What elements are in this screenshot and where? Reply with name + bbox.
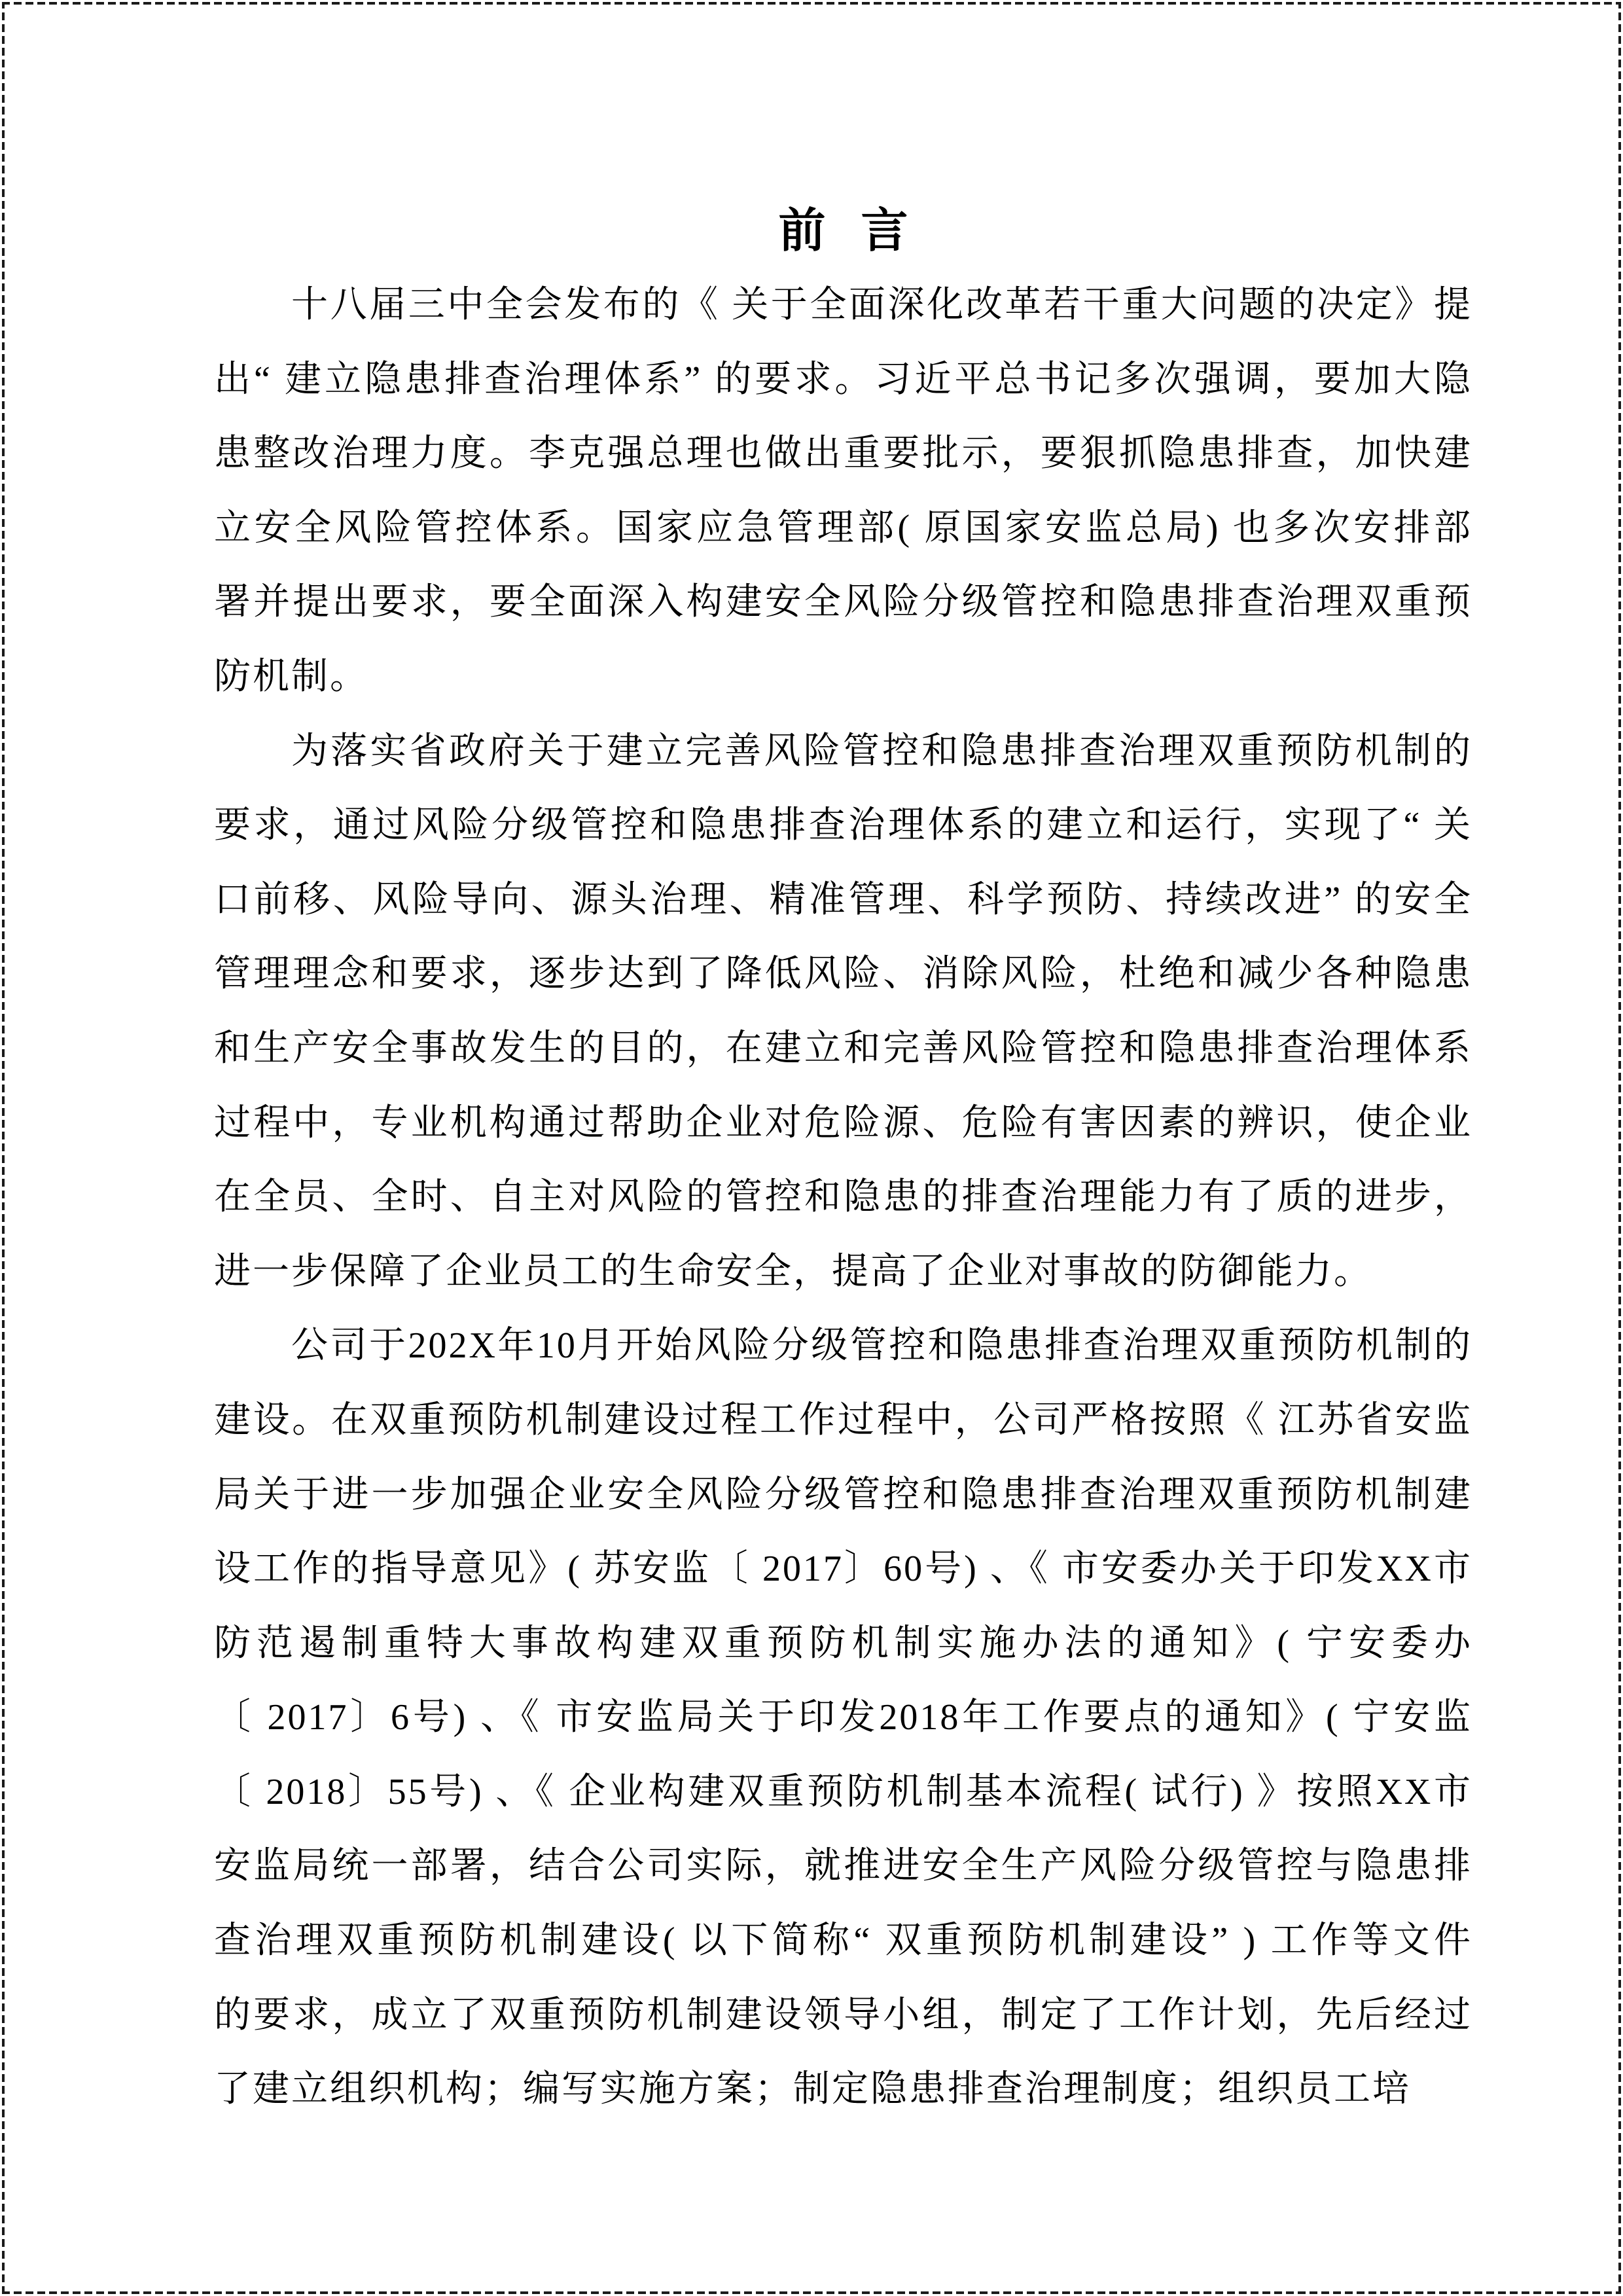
text-line: 防机制。 <box>214 640 1472 715</box>
page-border-top <box>2 2 1621 5</box>
text-line: 十八届三中全会发布的《 关于全面深化改革若干重大问题的决定》提 <box>214 268 1472 343</box>
text-line: 安监局统一部署，结合公司实际，就推进安全生产风险分级管控与隐患排 <box>214 1829 1472 1904</box>
page-title: 前 言 <box>214 194 1472 268</box>
text-line: 署并提出要求，要全面深入构建安全风险分级管控和隐患排查治理双重预 <box>214 565 1472 640</box>
text-line: 〔 2018〕55号) 、《 企业构建双重预防机制基本流程( 试行) 》按照XX… <box>214 1755 1472 1830</box>
text-line: 为落实省政府关于建立完善风险管控和隐患排查治理双重预防机制的 <box>214 715 1472 789</box>
text-line: 公司于202X年10月开始风险分级管控和隐患排查治理双重预防机制的 <box>214 1309 1472 1384</box>
text-line: 过程中，专业机构通过帮助企业对危险源、危险有害因素的辨识，使企业 <box>214 1086 1472 1161</box>
text-line: 立安全风险管控体系。国家应急管理部( 原国家安监总局) 也多次安排部 <box>214 492 1472 566</box>
document-content: 前 言 十八届三中全会发布的《 关于全面深化改革若干重大问题的决定》提出“ 建立… <box>214 194 1472 2127</box>
text-line: 设工作的指导意见》( 苏安监〔 2017〕60号) 、《 市安委办关于印发XX市 <box>214 1532 1472 1607</box>
text-line: 建设。在双重预防机制建设过程工作过程中，公司严格按照《 江苏省安监 <box>214 1384 1472 1458</box>
document-page: { "page": { "background": "#ffffff", "bo… <box>0 0 1623 2296</box>
page-border-right <box>1618 2 1621 2294</box>
text-line: 口前移、风险导向、源头治理、精准管理、科学预防、持续改进” 的安全 <box>214 863 1472 938</box>
text-line: 出“ 建立隐患排查治理体系” 的要求。习近平总书记多次强调，要加大隐 <box>214 343 1472 418</box>
page-border-left <box>2 2 5 2294</box>
text-line: 和生产安全事故发生的目的，在建立和完善风险管控和隐患排查治理体系 <box>214 1012 1472 1086</box>
document-body: 十八届三中全会发布的《 关于全面深化改革若干重大问题的决定》提出“ 建立隐患排查… <box>214 268 1472 2127</box>
text-line: 〔 2017〕6号) 、《 市安监局关于印发2018年工作要点的通知》( 宁安监 <box>214 1681 1472 1755</box>
text-line: 患整改治理力度。李克强总理也做出重要批示，要狠抓隐患排查，加快建 <box>214 417 1472 492</box>
text-line: 要求，通过风险分级管控和隐患排查治理体系的建立和运行，实现了“ 关 <box>214 789 1472 863</box>
text-line: 进一步保障了企业员工的生命安全，提高了企业对事故的防御能力。 <box>214 1235 1472 1310</box>
text-line: 查治理双重预防机制建设( 以下简称“ 双重预防机制建设” ) 工作等文件 <box>214 1904 1472 1979</box>
text-line: 管理理念和要求，逐步达到了降低风险、消除风险，杜绝和减少各种隐患 <box>214 937 1472 1012</box>
text-line: 防范遏制重特大事故构建双重预防机制实施办法的通知》( 宁安委办 <box>214 1607 1472 1681</box>
text-line: 了建立组织机构；编写实施方案；制定隐患排查治理制度；组织员工培 <box>214 2053 1472 2127</box>
text-line: 的要求，成立了双重预防机制建设领导小组，制定了工作计划，先后经过 <box>214 1979 1472 2053</box>
text-line: 在全员、全时、自主对风险的管控和隐患的排查治理能力有了质的进步， <box>214 1160 1472 1235</box>
page-border-bottom <box>2 2291 1621 2294</box>
text-line: 局关于进一步加强企业安全风险分级管控和隐患排查治理双重预防机制建 <box>214 1458 1472 1533</box>
